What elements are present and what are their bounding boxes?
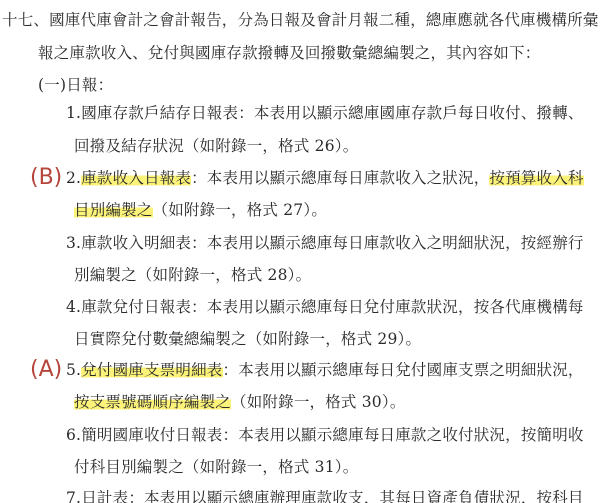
- highlight: 按支票號碼順序編製之: [74, 393, 231, 411]
- heading-number: 十七、: [2, 11, 49, 29]
- marker-a: (A): [30, 358, 62, 382]
- highlight: 庫款收入日報表: [81, 169, 191, 187]
- item-4-line-2: 日實際兌付數彙總編製之（如附錄一，格式 29）。: [74, 329, 421, 349]
- item-1-line-2: 回撥及結存狀況（如附錄一，格式 26）。: [74, 136, 358, 156]
- item-5-line-2: 按支票號碼順序編製之（如附錄一，格式 30）。: [74, 392, 406, 412]
- heading-line-2: 報之庫款收入、兌付與國庫存款撥轉及回撥數彙總編製之，其內容如下：: [38, 43, 540, 63]
- item-6-line-2: 付科目別編製之（如附錄一，格式 31）。: [74, 457, 358, 477]
- item-7-line-1: 7.日計表：本表用以顯示總庫辦理庫款收支，其每日資產負債狀況，按科目: [66, 488, 584, 503]
- marker-b: (B): [30, 166, 62, 190]
- item-3-line-1: 3.庫款收入明細表：本表用以顯示總庫每日庫款收入之明細狀況，按經辦行: [66, 233, 584, 253]
- item-5-line-1: 5.兌付國庫支票明細表：本表用以顯示總庫每日兌付國庫支票之明細狀況，: [66, 360, 584, 380]
- item-2-line-2: 目別編製之（如附錄一，格式 27）。: [74, 200, 327, 220]
- item-4-line-1: 4.庫款兌付日報表：本表用以顯示總庫每日兌付庫款狀況，按各代庫機構每: [66, 297, 584, 317]
- highlight: 目別編製之: [74, 201, 153, 219]
- highlight: 兌付國庫支票明細表: [81, 361, 222, 379]
- item-6-line-1: 6.簡明國庫收付日報表：本表用以顯示總庫每日庫款之收付狀況，按簡明收: [66, 425, 584, 445]
- highlight: 按預算收入科: [489, 169, 583, 187]
- item-3-line-2: 別編製之（如附錄一，格式 28）。: [74, 265, 311, 285]
- item-2-line-1: 2.庫款收入日報表：本表用以顯示總庫每日庫款收入之狀況，按預算收入科: [66, 168, 584, 188]
- heading-line-1: 十七、國庫代庫會計之會計報告，分為日報及會計月報二種，總庫應就各代庫機構所彙: [2, 10, 599, 30]
- subsection-title: (一)日報：: [38, 75, 113, 95]
- item-1-line-1: 1.國庫存款戶結存日報表：本表用以顯示總庫國庫存款戶每日收付、撥轉、: [66, 103, 584, 123]
